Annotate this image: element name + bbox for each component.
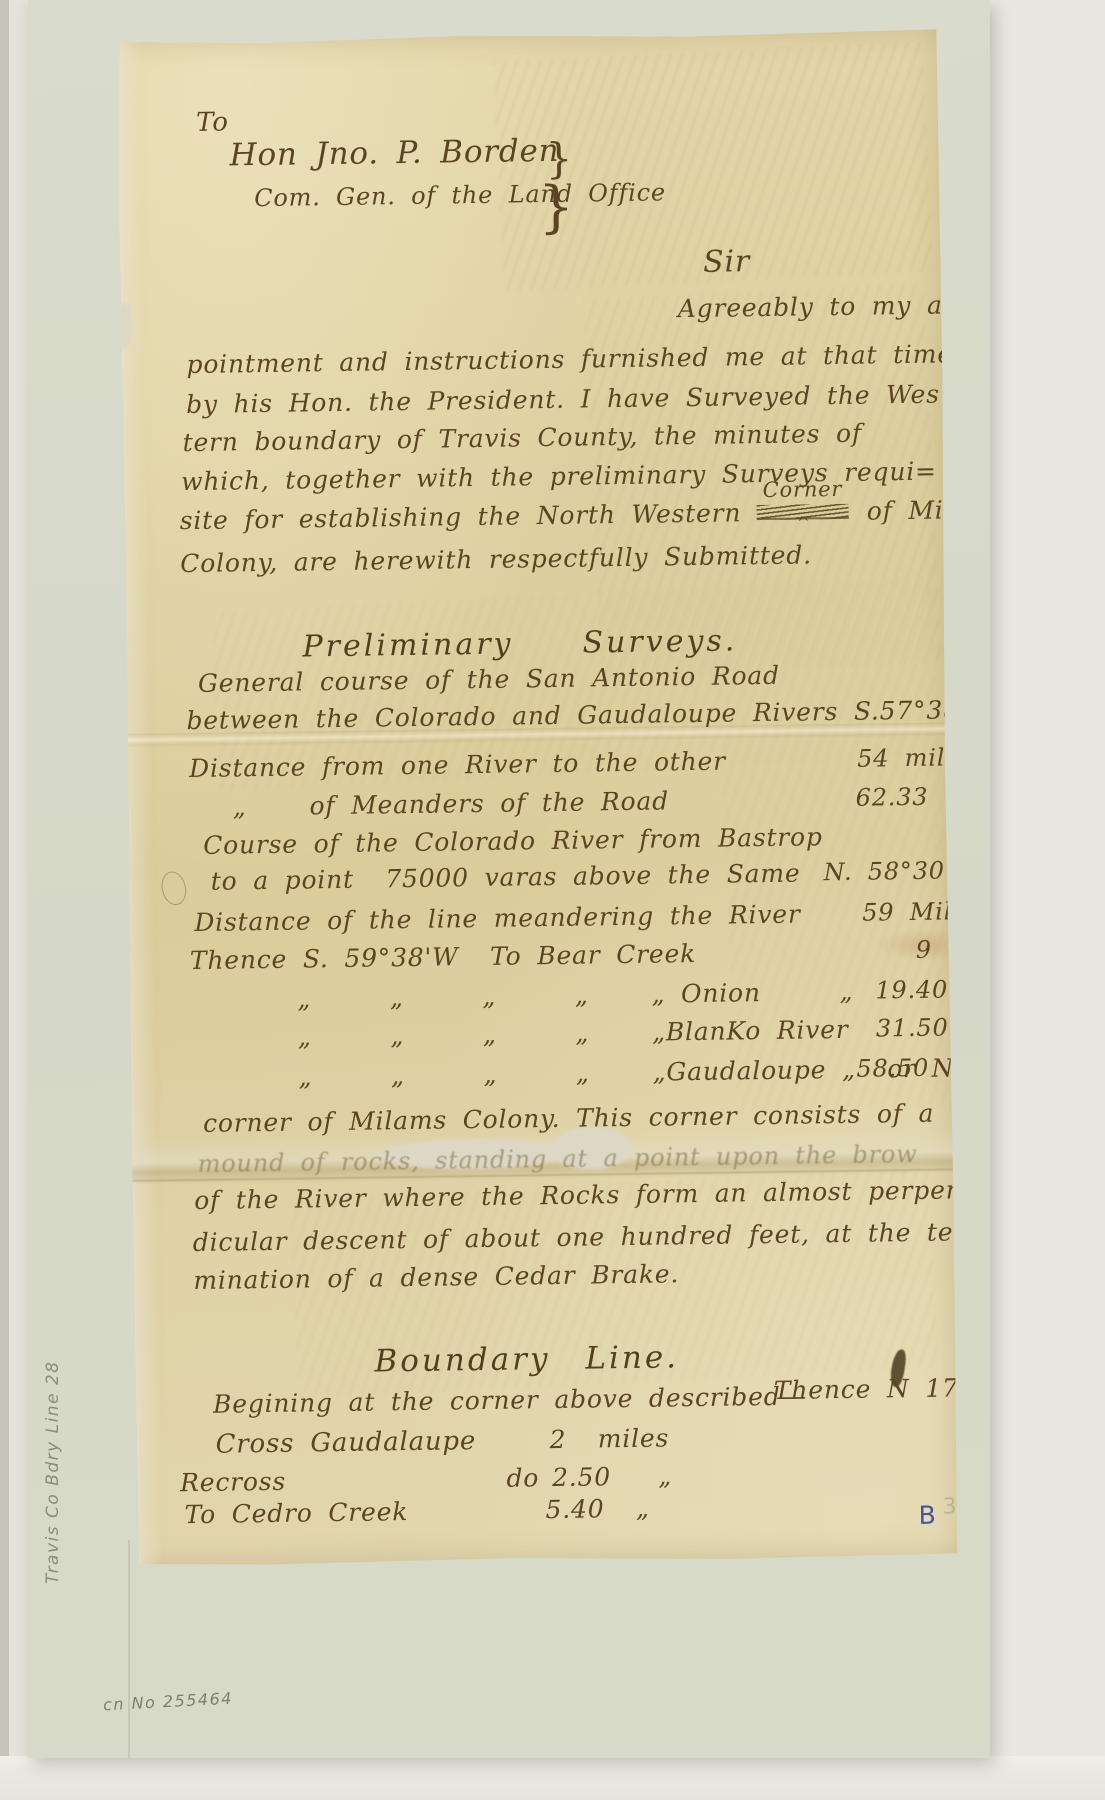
pencil-oval-mark — [158, 869, 189, 907]
boundary-row-value: 5.40 „ — [545, 1495, 649, 1524]
struck-word-with-insertion: Corner^ — [757, 500, 851, 521]
boundary-row: Recross do2.50 „ — [180, 1464, 539, 1497]
prelim-row-label: „ of Meanders of the Road — [233, 786, 670, 821]
mat-left-edge — [0, 0, 9, 1800]
scanned-document-scene: Travis Co Bdry Line 28 cn No 255464 To H… — [0, 0, 1105, 1800]
prelim-row-label: Thence S. 59°38'W To Bear Creek — [190, 939, 697, 975]
insertion-caret: ^ — [797, 514, 811, 531]
file-letter-ghost-mark: 3 — [942, 1494, 956, 1519]
inserted-word: Corner — [763, 478, 843, 502]
salutation-addressee-title: Com. Gen. of the Land Office — [254, 179, 666, 211]
boundary-row-label: Recross do — [180, 1463, 539, 1497]
boundary-begin-line: Begining at the corner above described—T… — [213, 1382, 807, 1418]
boundary-row-label: Cross Gaudalaupe — [215, 1426, 476, 1460]
scanner-bed-strip — [0, 1756, 1105, 1800]
archive-side-label: Travis Co Bdry Line 28 — [43, 1250, 67, 1584]
boundary-heading: Boundary Line. — [374, 1340, 679, 1378]
mat-left-strip — [9, 0, 30, 1800]
opening-line-1: Agreeably to my ap= — [678, 291, 982, 323]
file-letter-mark: B — [918, 1501, 936, 1530]
prelim-row: Thence S. 59°38'W To Bear Creek9 „ — [190, 940, 697, 975]
prelim-row: Distance from one River to the other54 m… — [189, 748, 726, 783]
boundary-row: Cross Gaudalaupe2 miles — [215, 1427, 476, 1459]
boundary-row-value: 2.50 „ — [552, 1462, 672, 1491]
boundary-row-value: 2 miles — [549, 1424, 669, 1453]
boundary-row-label: To Cedro Creek — [184, 1497, 408, 1529]
prelim-row-label: to a point 75000 varas above the Same — [211, 859, 801, 896]
salutation-greeting: Sir — [703, 245, 750, 279]
prelim-row: to a point 75000 varas above the SameN. … — [211, 860, 801, 896]
salutation-to: To — [196, 108, 229, 137]
prelim-row: Distance of the line meandering the Rive… — [194, 901, 801, 937]
backing-fold-line — [128, 1540, 130, 1758]
prelim-row-label: Distance from one River to the other — [189, 747, 726, 783]
boundary-row: To Cedro Creek5.40 „ — [184, 1498, 408, 1529]
prelim-row: „ of Meanders of the Road62.33 „ — [233, 787, 670, 821]
prelim-row-label: Distance of the line meandering the Rive… — [194, 900, 801, 937]
salutation-addressee: Hon Jno. P. Borden — [229, 134, 559, 173]
salutation-brace-lower: } — [538, 177, 575, 239]
preliminary-heading: Preliminary Surveys. — [302, 624, 737, 663]
letter-page: To Hon Jno. P. Borden Com. Gen. of the L… — [116, 29, 959, 1568]
